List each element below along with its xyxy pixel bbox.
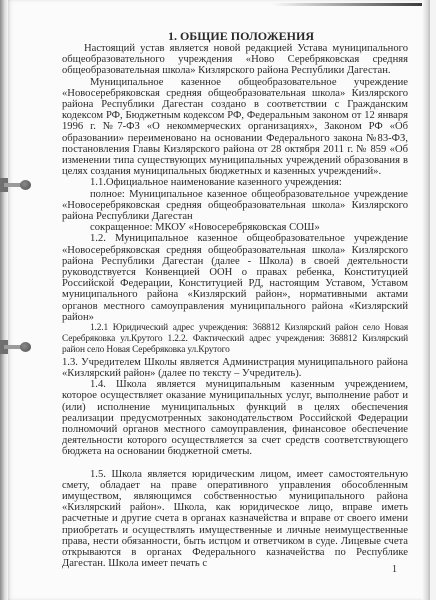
page-number: 1 [392, 564, 397, 575]
paragraph-creation: Муниципальное казенное общеобразовательн… [62, 77, 408, 178]
binding-shadow [0, 0, 8, 600]
binding-hole-top-icon [4, 180, 32, 190]
binding-hole-bottom-icon [4, 342, 32, 352]
document-page: 1. ОБЩИЕ ПОЛОЖЕНИЯ Настоящий устав являе… [6, 0, 430, 600]
paragraph-1-3: 1.3. Учредителем Школы является Админист… [62, 357, 408, 379]
paragraph-full-name: полное: Муниципальное казенное общеобраз… [62, 189, 408, 223]
paragraph-intro: Настоящий устав является новой редакцией… [62, 43, 408, 77]
paragraph-address: 1.2.1 Юридический адрес учреждения: 3688… [62, 323, 408, 357]
paragraph-spacer [62, 458, 408, 469]
paragraph-1-5: 1.5. Школа является юридическим лицом, и… [62, 469, 408, 570]
page-right-edge [422, 0, 430, 600]
document-body: 1. ОБЩИЕ ПОЛОЖЕНИЯ Настоящий устав являе… [62, 30, 408, 569]
paragraph-short-name: сокращенное: МКОУ «Новосеребряковская СО… [62, 222, 408, 233]
paragraph-1-4: 1.4. Школа является муниципальным казенн… [62, 379, 408, 457]
paragraph-1-2: 1.2. Муниципальное казенное общеобразова… [62, 233, 408, 323]
scan-edge-line [272, 3, 422, 6]
section-title: 1. ОБЩИЕ ПОЛОЖЕНИЯ [62, 30, 408, 42]
paragraph-1-1: 1.1.Официальное наименование казенного у… [62, 177, 408, 188]
